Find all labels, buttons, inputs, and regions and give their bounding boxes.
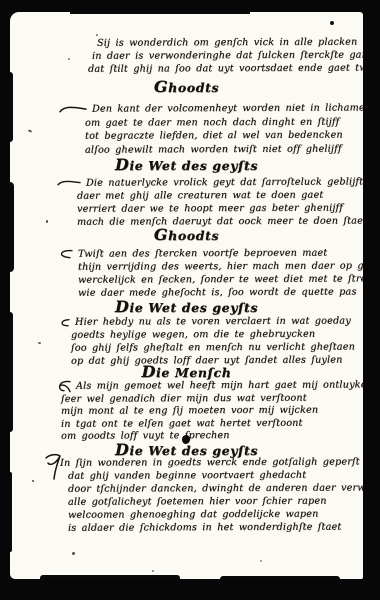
pen-flourish-icon <box>58 105 88 114</box>
manuscript-page: Sij is wonderdich om genſch vick in alle… <box>10 12 363 579</box>
ink-dot <box>330 21 334 25</box>
scan-speck <box>68 58 70 60</box>
section-heading: Ghoodts <box>10 79 363 95</box>
text-line: alle gotſalicheyt ſoetemen hier voor ſch… <box>68 495 363 509</box>
scan-speck <box>152 570 154 572</box>
section-heading: Die Wet des geyſts <box>10 442 363 458</box>
text-line: thijn verrijding des weerts, hier mach m… <box>78 259 363 273</box>
ink-blot <box>182 435 190 444</box>
text-line: ſoo ghij ſelfs gheſtalt en menſch nu ver… <box>71 340 363 354</box>
scan-speck <box>72 552 75 555</box>
text-line: mijn mont al te eng ſij moeten voor mij … <box>61 404 363 418</box>
text-line: werckelijck en ſecken, ſonder te weet di… <box>78 272 363 286</box>
scan-speck <box>260 560 262 562</box>
frame-ragged-edge <box>40 575 180 579</box>
paragraph: Hier hebdy nu als te voren verclaert in … <box>57 315 363 367</box>
paragraph: Sij is wonderdich om genſch vick in alle… <box>88 36 363 75</box>
scan-speck <box>46 220 48 223</box>
scan-speck <box>28 129 32 132</box>
text-line: Die natuerlycke vrolick geyt dat ſarroſt… <box>56 176 363 190</box>
pen-flourish-icon <box>57 317 71 327</box>
scan-speck <box>38 342 41 344</box>
text-line: Hier hebdy nu als te voren verclaert in … <box>57 314 363 328</box>
scan-speck <box>96 34 98 36</box>
scan-speck <box>32 480 34 482</box>
scan-speck <box>310 132 312 134</box>
section-heading: Die Menſch <box>10 364 363 380</box>
pen-flourish-icon <box>56 179 82 188</box>
paragraph: Die natuerlycke vrolick geyt dat ſarroſt… <box>56 177 363 229</box>
text-line: om gaet te daer men noch dach dinght en … <box>85 115 363 130</box>
paragraph: Twiſt aen des ſtercken voortſe beproeven… <box>54 247 363 299</box>
text-line: Twiſt aen des ſtercken voortſe beproeven… <box>54 246 363 260</box>
text-line: Als mijn gemoet wel heeft mijn hart gaet… <box>55 378 363 393</box>
text-line: in daer is verwonderinghe dat ſulcken ſt… <box>92 48 363 62</box>
paragraph: In ſijn wonderen in goedts werck ende go… <box>60 457 363 534</box>
text-line: daer met ghij alle creaturen wat te doen… <box>77 189 363 203</box>
text-line: In ſijn wonderen in goedts werck ende go… <box>60 456 363 470</box>
text-line: dat ſtilt ghij na ſoo dat uyt voortsdaet… <box>88 61 363 75</box>
pen-flourish-icon <box>54 249 74 260</box>
text-line: Den kant der volcomenheyt worden niet in… <box>58 101 363 116</box>
text-line: dat ghij vanden beginne voortvaert gheda… <box>68 469 363 483</box>
frame-ragged-edge <box>220 576 340 579</box>
text-line: Sij is wonderdich om genſch vick in alle… <box>97 35 363 49</box>
section-heading: Die Wet des geyſts <box>10 157 363 173</box>
pen-flourish-icon <box>55 380 72 393</box>
section-heading: Ghoodts <box>10 227 363 243</box>
frame-ragged-edge <box>10 472 12 552</box>
frame-ragged-edge <box>70 12 250 14</box>
text-line: is aldaer die ſchickdoms in het wonderdi… <box>68 521 363 535</box>
manuscript-scan: Sij is wonderdich om genſch vick in alle… <box>0 0 380 600</box>
paragraph: Den kant der volcomenheyt worden niet in… <box>58 102 363 156</box>
paragraph: Als mijn gemoet wel heeft mijn hart gaet… <box>55 379 363 443</box>
text-line: goedts heylige wegen, om die te ghebruyc… <box>71 327 363 341</box>
text-line: verriert daer we te hoopt meer gas beter… <box>77 202 363 216</box>
text-line: door tſchijnder dancken, dwinght de ande… <box>68 482 363 496</box>
text-line: tot begraczte liefden, diet al wel van b… <box>85 128 363 143</box>
text-line: welcoomen ghenoeghing dat goddelijcke wa… <box>68 508 363 522</box>
section-heading: Die Wet des geyſts <box>10 299 363 315</box>
